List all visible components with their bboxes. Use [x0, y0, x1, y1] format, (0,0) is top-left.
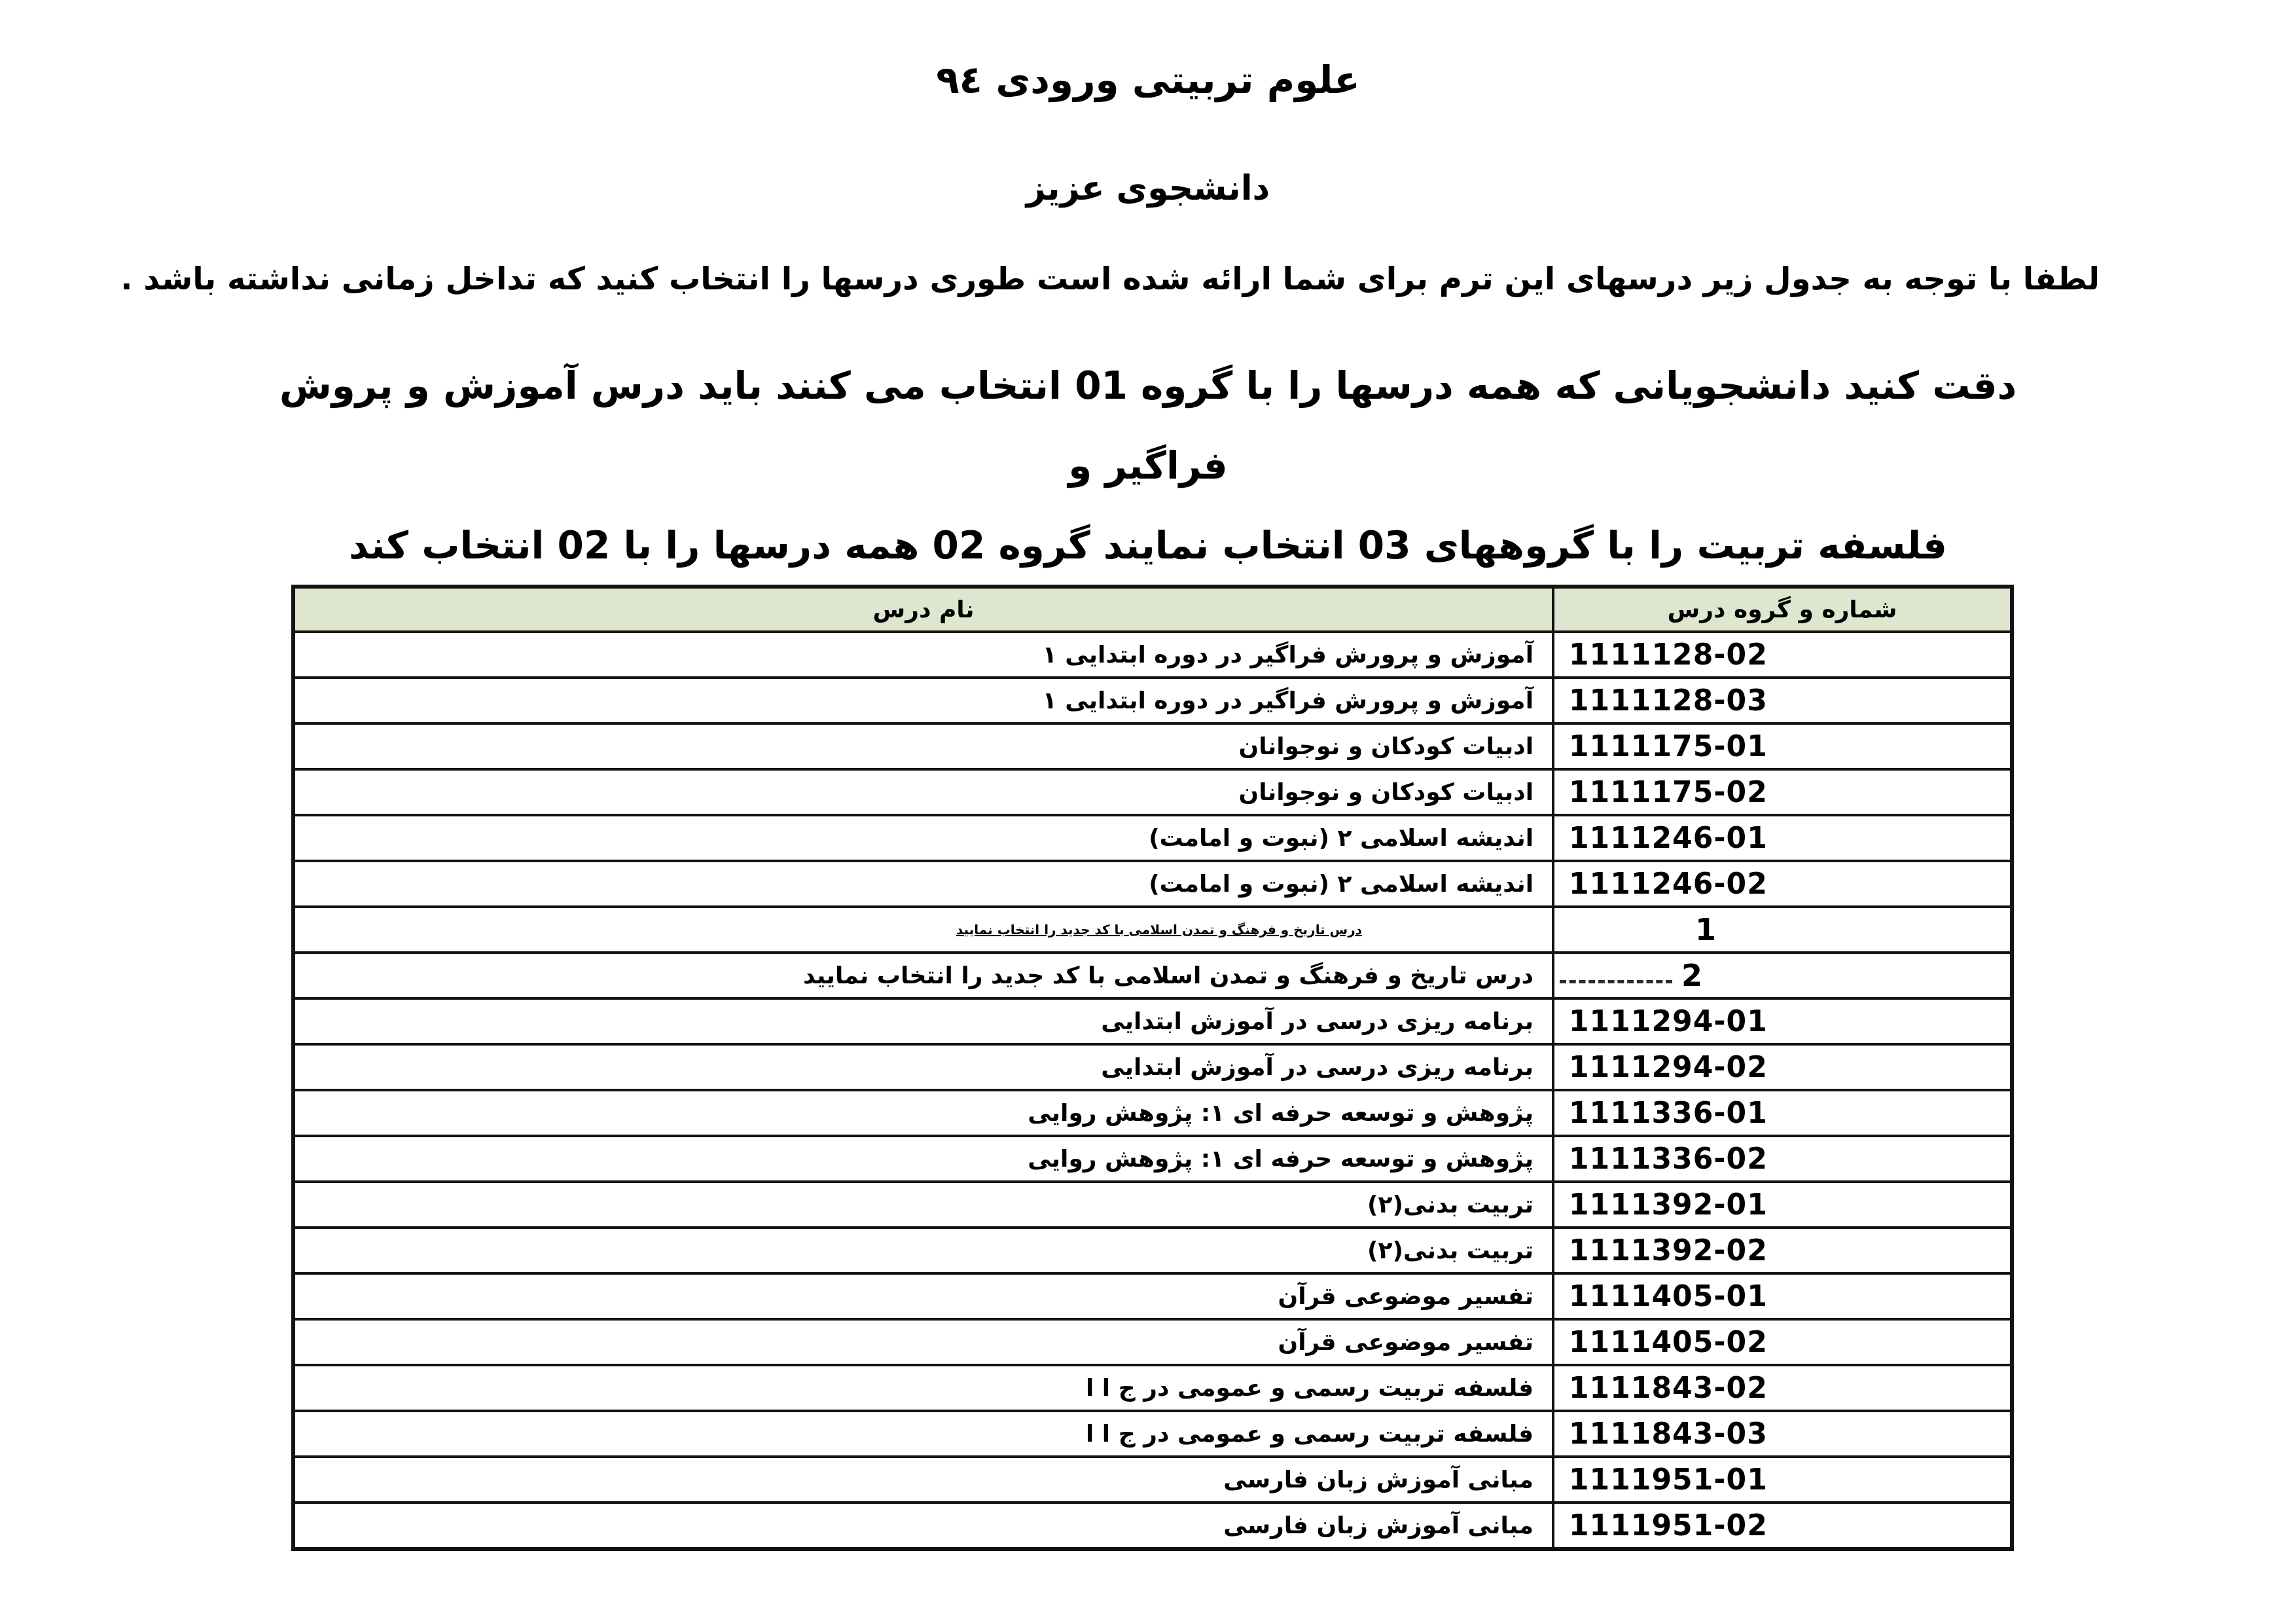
course-name-cell: فلسفه تربیت رسمی و عمومی در ج ا ا: [293, 1411, 1553, 1457]
course-number-cell: 1111336-02: [1553, 1136, 2012, 1182]
course-number-cell: 1111175-01: [1553, 723, 2012, 769]
table-row: 1111392-01تربیت بدنی(۲): [293, 1182, 2012, 1228]
table-row: 1111951-02مبانی آموزش زبان فارسی: [293, 1503, 2012, 1549]
table-row: 1111175-02ادبیات کودکان و نوجوانان: [293, 769, 2012, 815]
course-name-cell: اندیشه اسلامی ۲ (نبوت و امامت): [293, 861, 1553, 907]
course-number-cell: 1111128-03: [1553, 678, 2012, 723]
table-row: 1111128-02آموزش و پرورش فراگیر در دوره ا…: [293, 632, 2012, 678]
course-name-cell: درس تاریخ و فرهنگ و تمدن اسلامی با کد جد…: [293, 953, 1553, 998]
course-number-cell: 1111246-01: [1553, 815, 2012, 861]
table-row: 1111175-01ادبیات کودکان و نوجوانان: [293, 723, 2012, 769]
course-table-body: 1111128-02آموزش و پرورش فراگیر در دوره ا…: [293, 632, 2012, 1549]
course-name-cell: مبانی آموزش زبان فارسی: [293, 1503, 1553, 1549]
document-page: { "page": { "title": "علوم تربیتی ورودی …: [0, 0, 2296, 1623]
table-row: 1111405-01تفسیر موضوعی قرآن: [293, 1273, 2012, 1319]
course-number-cell: 1111843-03: [1553, 1411, 2012, 1457]
course-table-header-row: شماره و گروه درس نام درس: [293, 587, 2012, 632]
course-number-cell: 1111294-01: [1553, 998, 2012, 1044]
course-name-cell: تربیت بدنی(۲): [293, 1228, 1553, 1273]
table-row: 2درس تاریخ و فرهنگ و تمدن اسلامی با کد ج…: [293, 953, 2012, 998]
course-number-cell: 1111392-02: [1553, 1228, 2012, 1273]
table-row: 1111246-02اندیشه اسلامی ۲ (نبوت و امامت): [293, 861, 2012, 907]
course-name-cell: برنامه ریزی درسی در آموزش ابتدایی: [293, 998, 1553, 1044]
course-name-cell: آموزش و پرورش فراگیر در دوره ابتدایی ۱: [293, 678, 1553, 723]
course-name-cell: تربیت بدنی(۲): [293, 1182, 1553, 1228]
table-row: 1درس تاریخ و فرهنگ و تمدن اسلامی با کد ج…: [293, 907, 2012, 953]
course-number-cell: 1111175-02: [1553, 769, 2012, 815]
page-title: علوم تربیتی ورودی ٩٤: [0, 58, 2296, 102]
column-header-course-name: نام درس: [293, 587, 1553, 632]
course-number-cell: 1111951-02: [1553, 1503, 2012, 1549]
table-row: 1111128-03آموزش و پرورش فراگیر در دوره ا…: [293, 678, 2012, 723]
course-number-cell: 1111294-02: [1553, 1044, 2012, 1090]
course-name-cell: ادبیات کودکان و نوجوانان: [293, 769, 1553, 815]
greeting-line: دانشجوی عزیز: [0, 169, 2296, 208]
course-number-cell: 1111951-01: [1553, 1457, 2012, 1503]
course-number-cell: 1111392-01: [1553, 1182, 2012, 1228]
course-number-cell: 1111128-02: [1553, 632, 2012, 678]
table-row: 1111405-02تفسیر موضوعی قرآن: [293, 1319, 2012, 1365]
table-row: 1111246-01اندیشه اسلامی ۲ (نبوت و امامت): [293, 815, 2012, 861]
table-row: 1111843-02فلسفه تربیت رسمی و عمومی در ج …: [293, 1365, 2012, 1411]
table-row: 1111336-01پژوهش و توسعه حرفه ای ۱: پژوهش…: [293, 1090, 2012, 1136]
course-number-cell: 1111336-01: [1553, 1090, 2012, 1136]
schedule-instruction-note: لطفا با توجه به جدول زیر درسهای این ترم …: [190, 261, 2100, 297]
table-row: 1111843-03فلسفه تربیت رسمی و عمومی در ج …: [293, 1411, 2012, 1457]
course-name-cell: پژوهش و توسعه حرفه ای ۱: پژوهش روایی: [293, 1090, 1553, 1136]
group-selection-warning-line1: دقت کنید دانشجویانی که همه درسها را با گ…: [216, 346, 2080, 505]
table-row: 1111392-02تربیت بدنی(۲): [293, 1228, 2012, 1273]
course-name-cell: درس تاریخ و فرهنگ و تمدن اسلامی با کد جد…: [293, 907, 1553, 953]
whiteout-dash-remnant: [1560, 975, 1672, 983]
course-name-cell: فلسفه تربیت رسمی و عمومی در ج ا ا: [293, 1365, 1553, 1411]
column-header-course-number: شماره و گروه درس: [1553, 587, 2012, 632]
table-row: 1111951-01مبانی آموزش زبان فارسی: [293, 1457, 2012, 1503]
course-number-cell: 1111405-02: [1553, 1319, 2012, 1365]
course-name-cell: آموزش و پرورش فراگیر در دوره ابتدایی ۱: [293, 632, 1553, 678]
course-name-cell: مبانی آموزش زبان فارسی: [293, 1457, 1553, 1503]
course-number-cell: 1: [1553, 907, 2012, 953]
course-name-cell: تفسیر موضوعی قرآن: [293, 1273, 1553, 1319]
course-name-cell: اندیشه اسلامی ۲ (نبوت و امامت): [293, 815, 1553, 861]
course-number-cell: 1111405-01: [1553, 1273, 2012, 1319]
course-number-cell: 2: [1553, 953, 2012, 998]
course-number-cell: 1111843-02: [1553, 1365, 2012, 1411]
course-number-cell: 1111246-02: [1553, 861, 2012, 907]
group-selection-warning-line2: فلسفه تربیت را با گروههای 03 انتخاب نمای…: [216, 505, 2080, 585]
course-name-cell: ادبیات کودکان و نوجوانان: [293, 723, 1553, 769]
course-table: شماره و گروه درس نام درس 1111128-02آموزش…: [291, 585, 2014, 1551]
table-row: 1111294-01برنامه ریزی درسی در آموزش ابتد…: [293, 998, 2012, 1044]
course-name-cell: برنامه ریزی درسی در آموزش ابتدایی: [293, 1044, 1553, 1090]
table-row: 1111294-02برنامه ریزی درسی در آموزش ابتد…: [293, 1044, 2012, 1090]
group-selection-warning: دقت کنید دانشجویانی که همه درسها را با گ…: [216, 346, 2080, 585]
course-name-cell: تفسیر موضوعی قرآن: [293, 1319, 1553, 1365]
table-row: 1111336-02پژوهش و توسعه حرفه ای ۱: پژوهش…: [293, 1136, 2012, 1182]
course-name-cell: پژوهش و توسعه حرفه ای ۱: پژوهش روایی: [293, 1136, 1553, 1182]
